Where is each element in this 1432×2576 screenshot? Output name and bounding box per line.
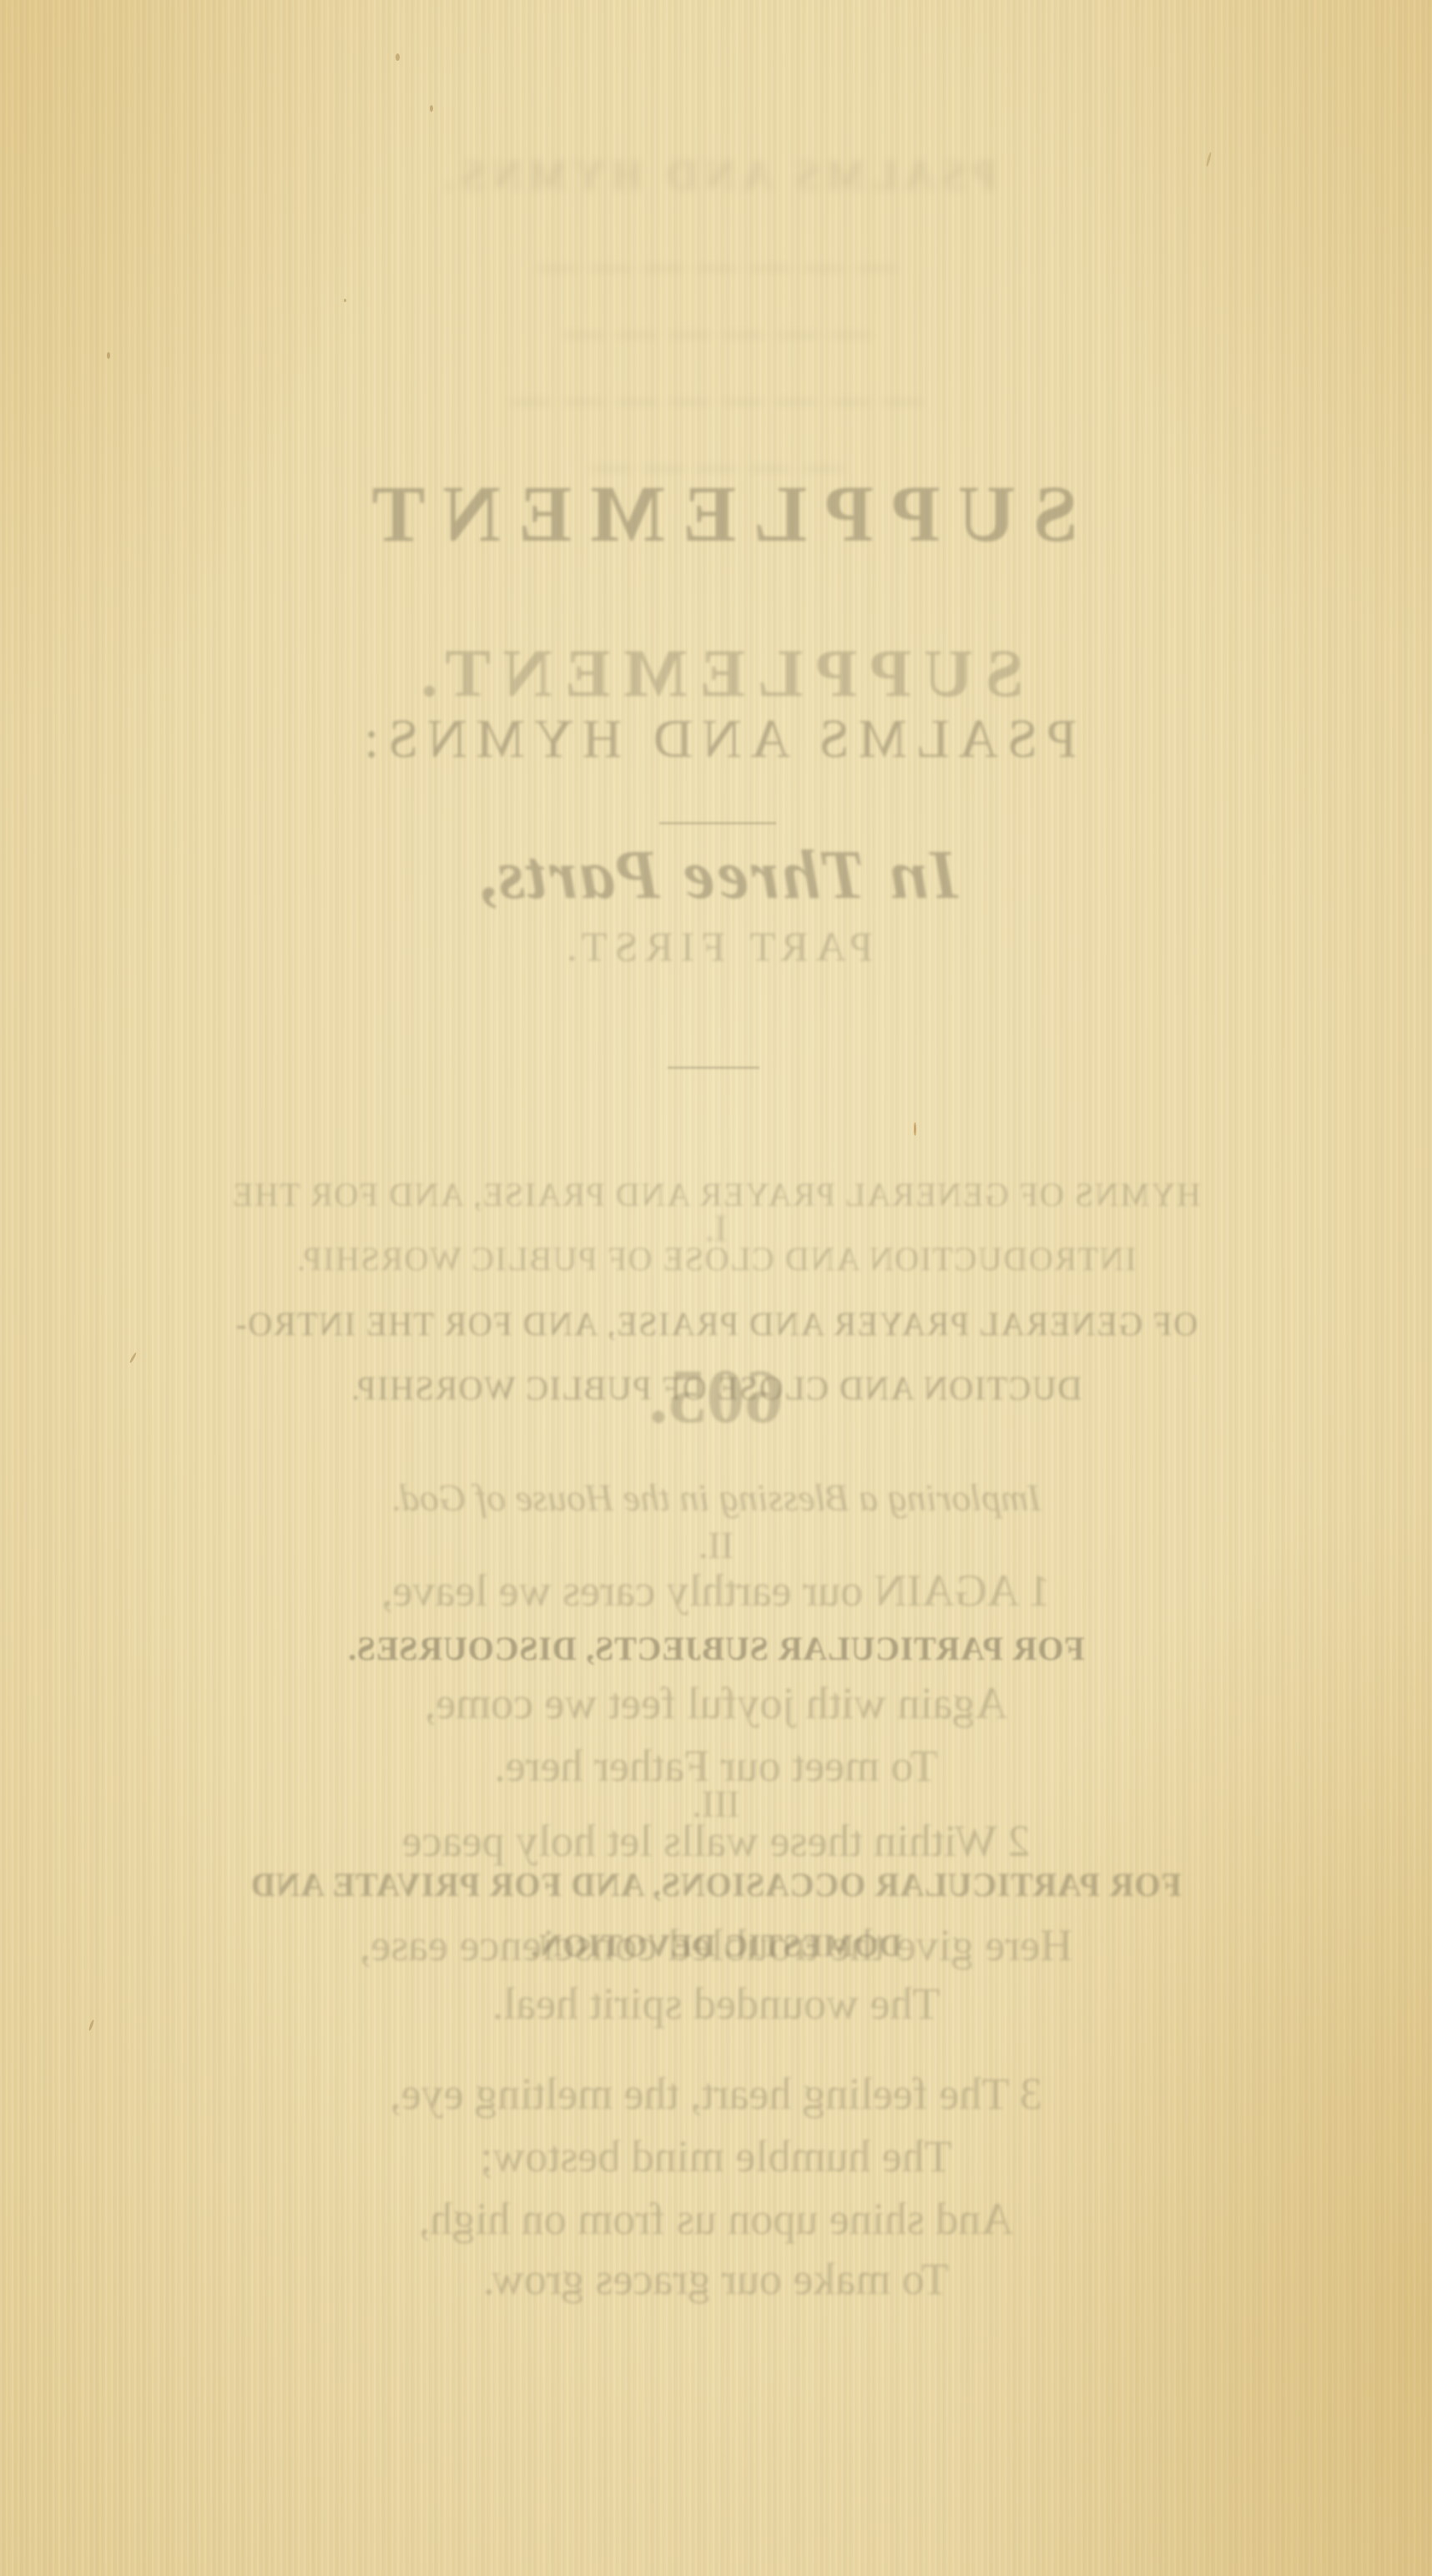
foxing-speck (344, 299, 346, 302)
foxing-speck (430, 105, 433, 112)
verse-line: And shine upon us from on high, (0, 2193, 1432, 2245)
page-number: (73) (0, 2328, 272, 2360)
title-psalms-hymns: PSALMS AND HYMNS: (0, 708, 1432, 771)
part-first: PART FIRST. (0, 922, 1432, 970)
roman-numeral: II. (0, 1523, 1432, 1567)
verse-line: Again with joyful feet we come, (0, 1677, 1432, 1729)
section-heading: FOR PARTICULAR OCCASIONS, AND FOR PRIVAT… (0, 1865, 1432, 1904)
hymn-title: Imploring a Blessing in the House of God… (0, 1475, 1432, 1520)
verse-line: The wounded spirit heal. (0, 1978, 1432, 2029)
ornamental-rule (659, 822, 776, 824)
section-heading: OF GENERAL PRAYER AND PRAISE, AND FOR TH… (0, 1304, 1432, 1343)
verse-line: 1 AGAIN our earthly cares we leave, (0, 1565, 1432, 1616)
verse-line: 2 Within these walls let holy peace (0, 1815, 1432, 1867)
section-heading: FOR PARTICULAR SUBJECTS, DISCOURSES. (0, 1629, 1432, 1668)
section-heading: DOMESTIC DEVOTION. (0, 1928, 1432, 1964)
verse-line: The humble mind bestow; (0, 2130, 1432, 2182)
verse-line: To make our graces grow. (0, 2253, 1432, 2305)
verse-line: 3 The feeling heart, the melting eye, (0, 2068, 1432, 2120)
blurred-line: — — — — — — — — (0, 376, 1432, 421)
foxing-speck (396, 53, 400, 61)
blurred-line: — — — — — — — (0, 242, 1432, 288)
title-supplement: SUPPLEMENT (0, 467, 1432, 560)
title-supplement-2: SUPPLEMENT. (0, 634, 1432, 713)
hymn-number: 605. (0, 1352, 1432, 1440)
ornamental-rule (668, 1066, 759, 1069)
section-heading: INTRODUCTION AND CLOSE OF PUBLIC WORSHIP… (0, 1239, 1432, 1278)
scanned-page: PSALMS AND HYMNS. — — — — — — — — — — — … (0, 0, 1432, 2576)
running-head: PSALMS AND HYMNS. (0, 150, 1432, 199)
blurred-line: — — — — — — (0, 309, 1432, 355)
foxing-speck (914, 1122, 916, 1136)
subtitle-in-three-parts: In Three Parts, (0, 834, 1432, 915)
